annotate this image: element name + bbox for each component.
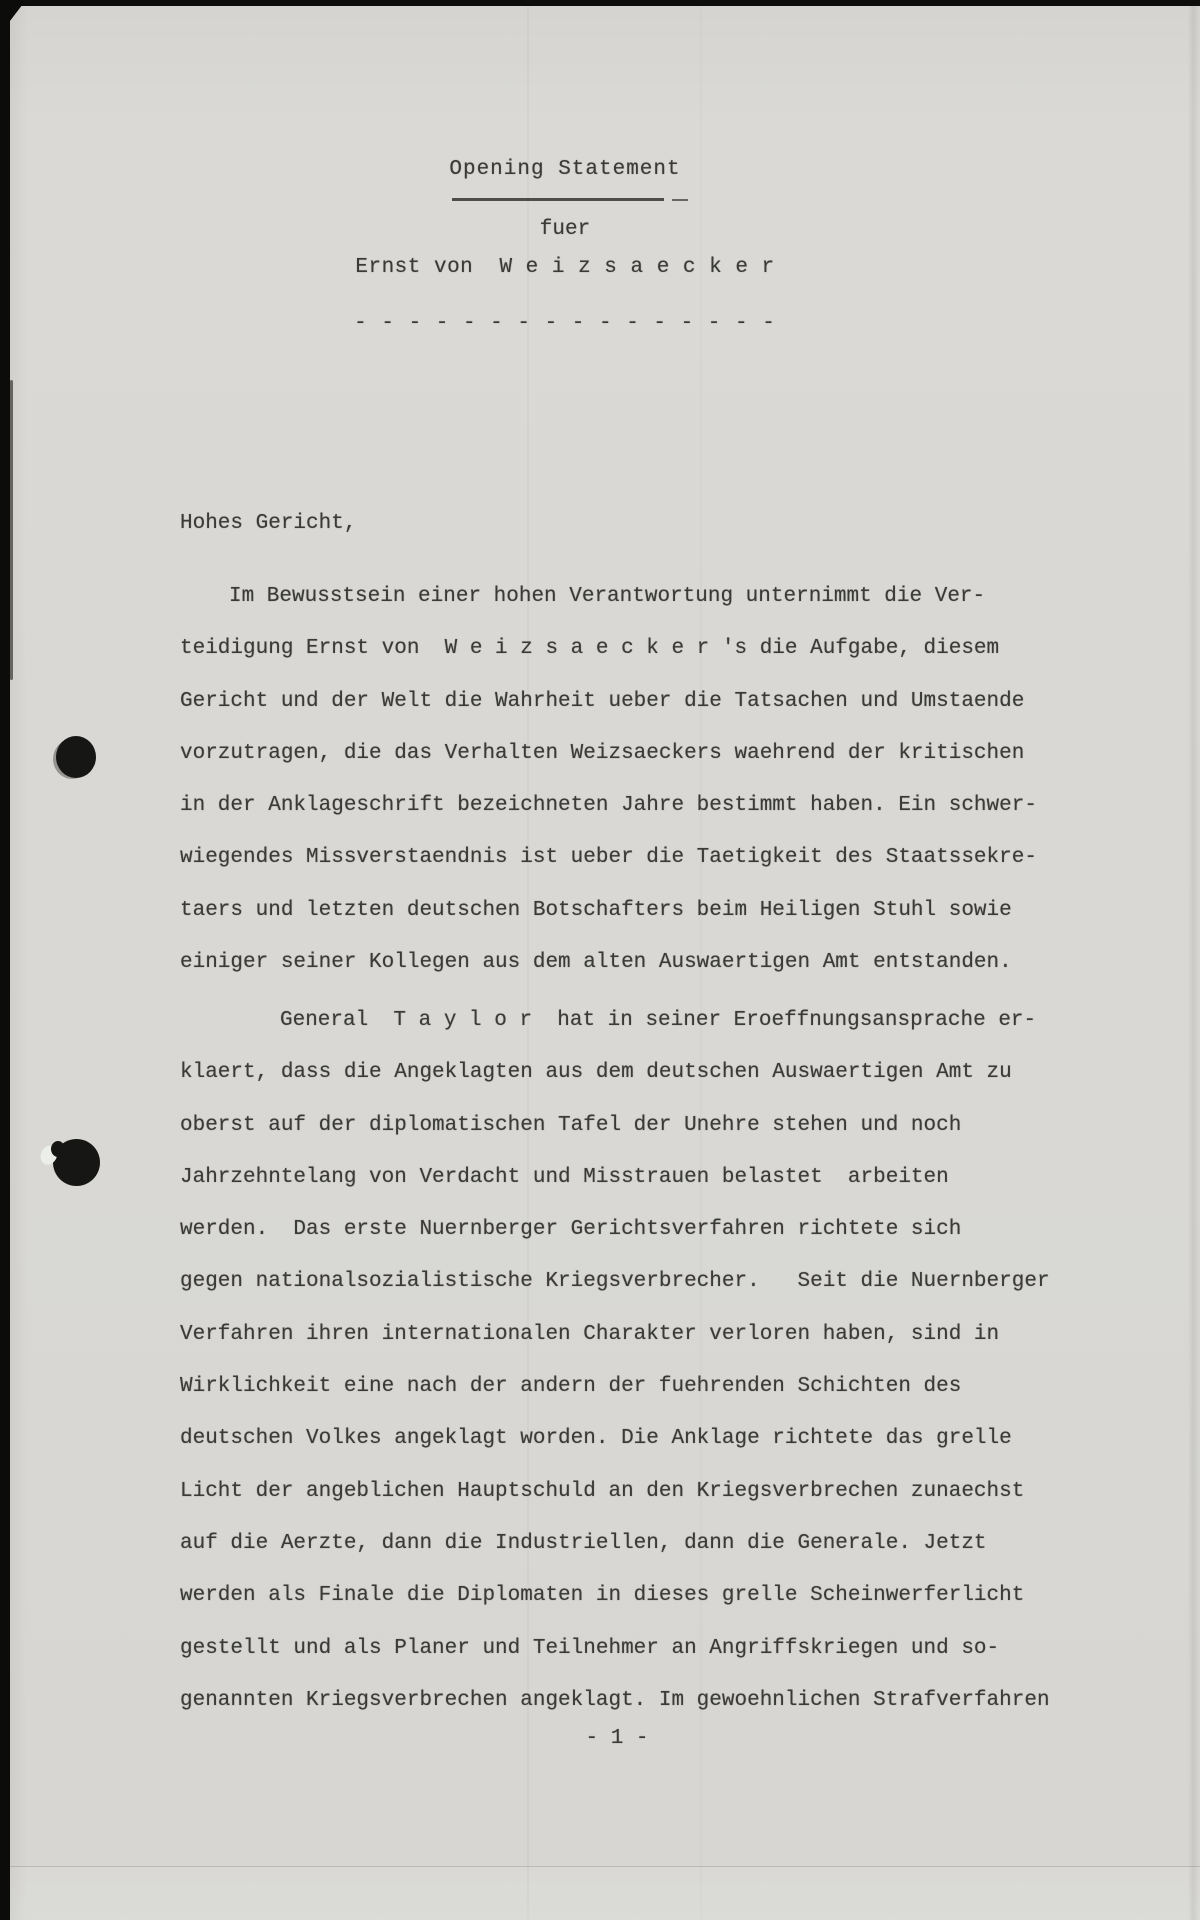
text-line: werden. Das erste Nuernberger Gerichtsve… [180, 1204, 1050, 1256]
text-line: teidigung Ernst von W e i z s a e c k e … [180, 623, 1050, 675]
text-line: Jahrzehntelang von Verdacht und Misstrau… [180, 1152, 1050, 1204]
text-line: Gericht und der Welt die Wahrheit ueber … [180, 676, 1050, 728]
scan-edge-left [0, 0, 10, 1920]
defendant-name: Ernst von W e i z s a e c k e r [0, 256, 1130, 279]
paper-bottom-zone [10, 1867, 1200, 1920]
page-number: - 1 - [0, 1727, 1200, 1750]
scan-corner-top-left [0, 0, 26, 34]
text-line: auf die Aerzte, dann die Industriellen, … [180, 1518, 1050, 1570]
title-underline-tail [672, 199, 688, 201]
text-line: einiger seiner Kollegen aus dem alten Au… [180, 937, 1050, 989]
paragraph-2: General T a y l o r hat in seiner Eroeff… [180, 995, 1050, 1727]
punch-hole-mark [56, 736, 96, 778]
text-line: gegen nationalsozialistische Kriegsverbr… [180, 1256, 1050, 1308]
text-line: Wirklichkeit eine nach der andern der fu… [180, 1361, 1050, 1413]
text-line: gestellt und als Planer und Teilnehmer a… [180, 1623, 1050, 1675]
text-line: Im Bewusstsein einer hohen Verantwortung… [180, 571, 1050, 623]
dashed-separator: - - - - - - - - - - - - - - - - [0, 312, 1130, 335]
text-line: General T a y l o r hat in seiner Eroeff… [180, 995, 1050, 1047]
scan-edge-top [0, 0, 1200, 6]
text-line: taers und letzten deutschen Botschafters… [180, 885, 1050, 937]
text-line: klaert, dass die Angeklagten aus dem deu… [180, 1047, 1050, 1099]
text-line: vorzutragen, die das Verhalten Weizsaeck… [180, 728, 1050, 780]
punch-hole-mark [53, 1139, 100, 1186]
scanned-document-page: Opening Statement fuer Ernst von W e i z… [0, 0, 1200, 1920]
text-line: Verfahren ihren internationalen Charakte… [180, 1309, 1050, 1361]
text-line: wiegendes Missverstaendnis ist ueber die… [180, 832, 1050, 884]
text-line: Licht der angeblichen Hauptschuld an den… [180, 1466, 1050, 1518]
text-line: genannten Kriegsverbrechen angeklagt. Im… [180, 1675, 1050, 1727]
paragraph-1: Im Bewusstsein einer hohen Verantwortung… [180, 571, 1050, 989]
text-line: werden als Finale die Diplomaten in dies… [180, 1570, 1050, 1622]
text-line: deutschen Volkes angeklagt worden. Die A… [180, 1413, 1050, 1465]
title-underline [452, 198, 664, 201]
text-line: oberst auf der diplomatischen Tafel der … [180, 1100, 1050, 1152]
salutation: Hohes Gericht, [180, 512, 356, 535]
document-subtitle: fuer [0, 218, 1130, 241]
text-line: in der Anklageschrift bezeichneten Jahre… [180, 780, 1050, 832]
document-title: Opening Statement [0, 158, 1130, 181]
